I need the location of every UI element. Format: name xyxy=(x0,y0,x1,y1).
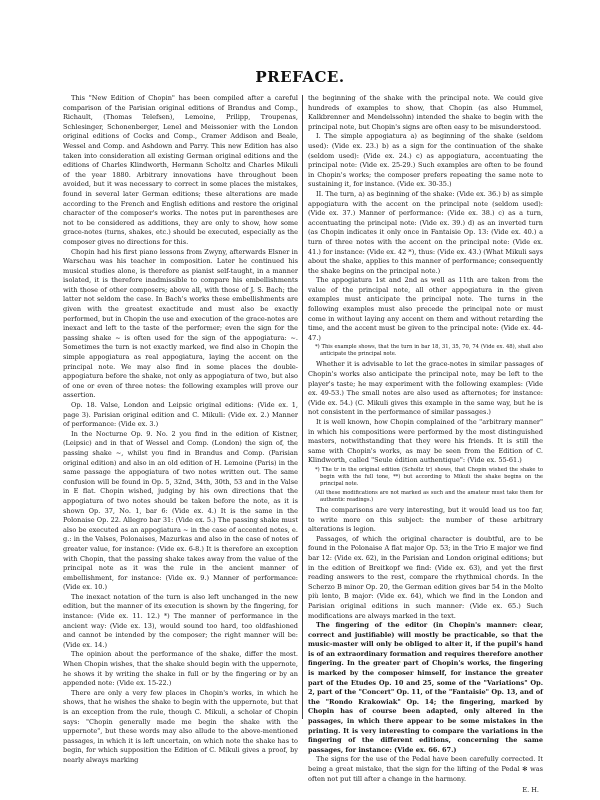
column-divider xyxy=(302,95,303,719)
footnote-modifications: (All these modifications are not marked … xyxy=(308,490,543,504)
lessons-paragraph: Chopin had his first piano lessons from … xyxy=(63,248,298,402)
nocturne-paragraph: In the Nocturne Op. 9. No. 2 you find in… xyxy=(63,430,298,593)
uppernote-paragraph: There are only a very few places in Chop… xyxy=(63,689,298,766)
fingering-paragraph: The fingering of the editor (in Chopin's… xyxy=(308,621,543,755)
pedal-paragraph: The signs for the use of the Pedal have … xyxy=(308,755,543,784)
appogiatura-value-paragraph: The appogiatura 1st and 2nd as well as 1… xyxy=(308,276,543,343)
continuation-paragraph: the beginning of the shake with the prin… xyxy=(308,94,543,132)
turn-notation-paragraph: The inexact notation of the turn is also… xyxy=(63,593,298,651)
column-left: This "New Edition of Chopin" has been co… xyxy=(63,94,298,766)
shake-opinion-paragraph: The opinion about the performance of the… xyxy=(63,650,298,688)
comparisons-paragraph: The comparisons are very interesting, bu… xyxy=(308,506,543,535)
doubtful-passages-paragraph: Passages, of which the original characte… xyxy=(308,535,543,621)
simple-appogiatura-paragraph: I. The simple appogiatura a) as beginnin… xyxy=(308,132,543,190)
turn-paragraph: II. The turn, a) as beginning of the sha… xyxy=(308,190,543,276)
arbitrary-manner-paragraph: It is well known, how Chopin complained … xyxy=(308,418,543,466)
page-title: PREFACE. xyxy=(0,68,600,86)
valse-op18-paragraph: Op. 18. Valse, London and Leipsic origin… xyxy=(63,401,298,430)
footnote-shake: *) The tr in the original edition (Schol… xyxy=(308,467,543,488)
footnote-turn: *) This example shows, that the turn in … xyxy=(308,344,543,358)
column-right: the beginning of the shake with the prin… xyxy=(308,94,543,796)
intro-paragraph: This "New Edition of Chopin" has been co… xyxy=(63,94,298,248)
author-signature: E. H. xyxy=(308,786,539,796)
grace-notes-paragraph: Whether it is advisable to let the grace… xyxy=(308,360,543,418)
